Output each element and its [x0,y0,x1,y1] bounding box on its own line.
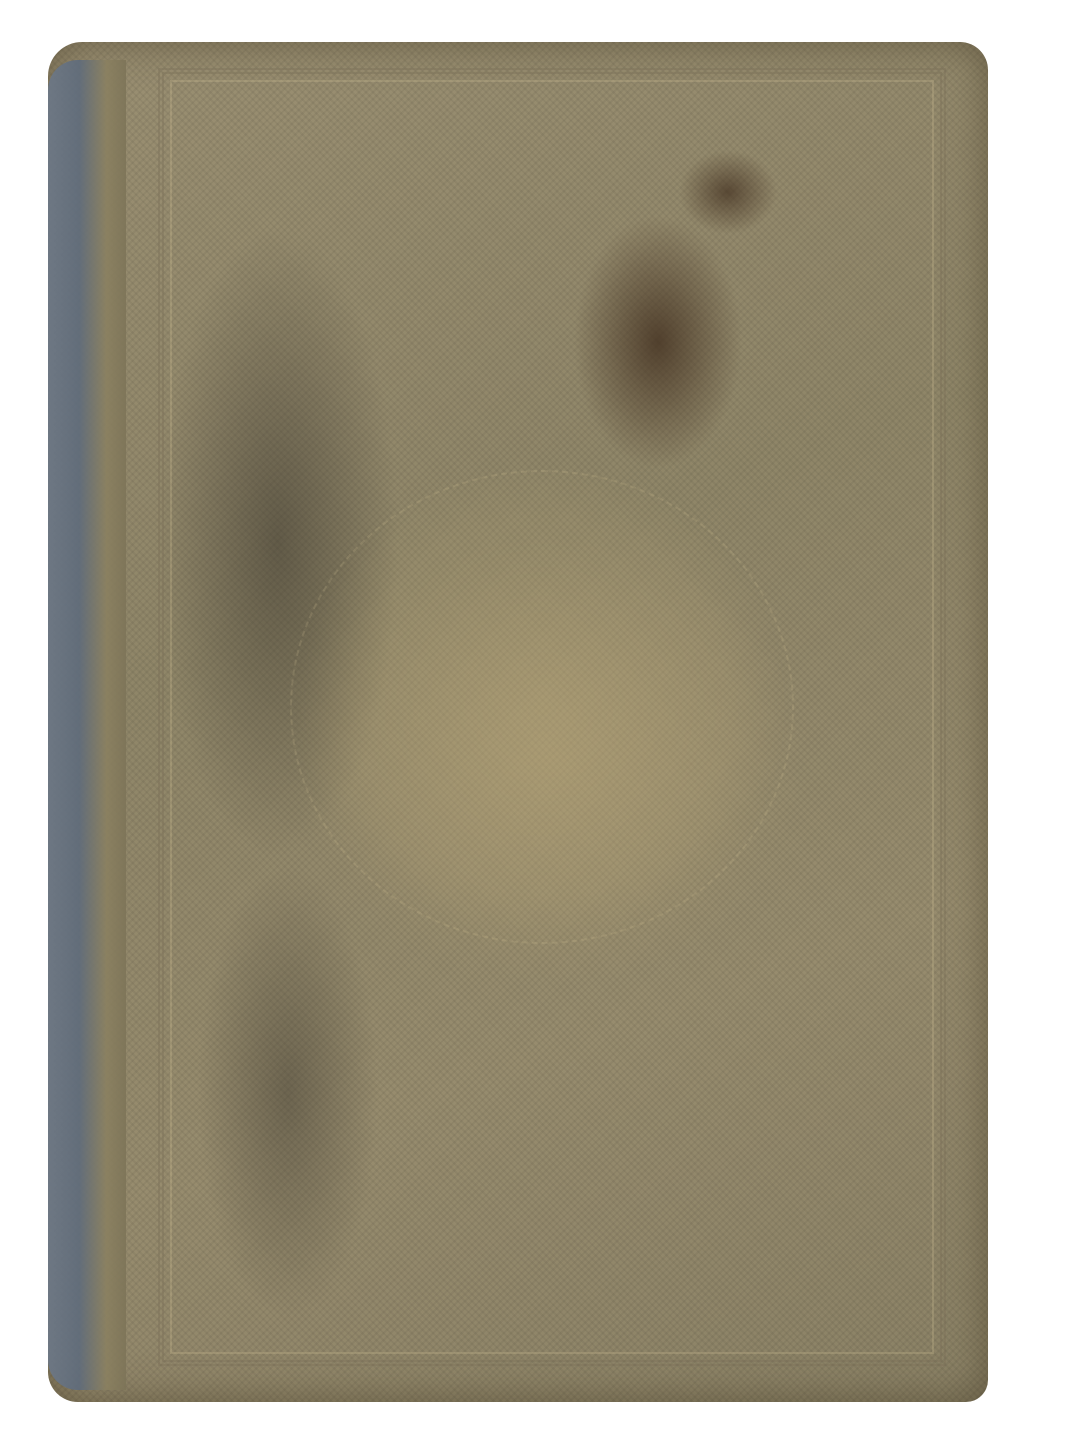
book-photo [0,0,1074,1456]
book-spine [48,60,126,1390]
embossed-center-ornament [290,470,794,944]
